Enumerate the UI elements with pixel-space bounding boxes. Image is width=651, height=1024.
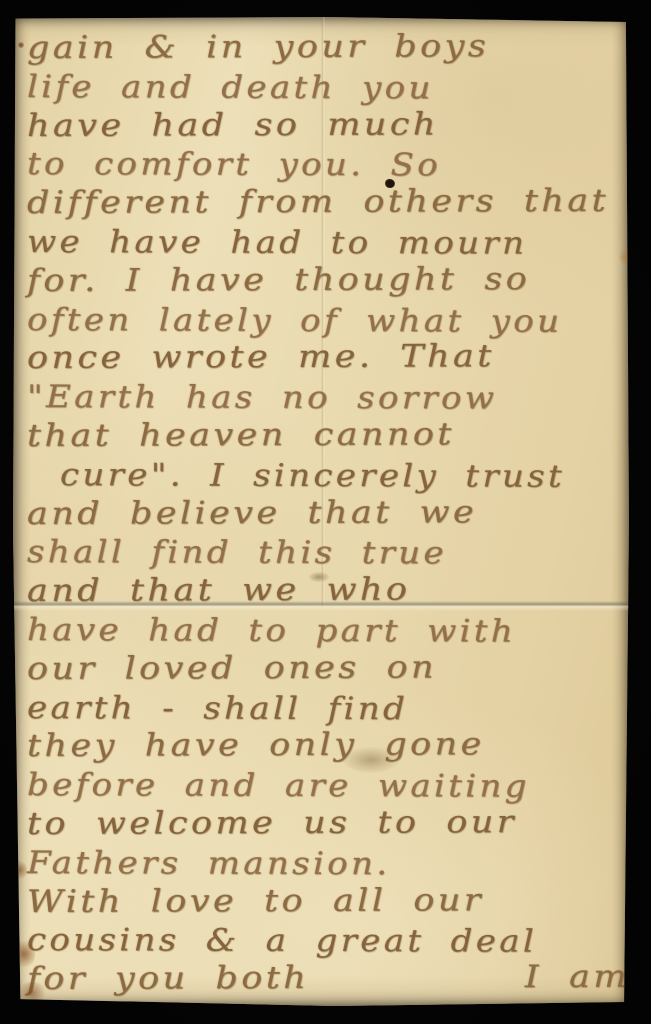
letter-line-quote: that heaven cannot — [27, 414, 651, 455]
letter-line: they have only gone — [27, 725, 651, 766]
letter-line: we have had to mourn — [27, 223, 651, 264]
letter-line: Fathers mansion. — [27, 844, 651, 885]
letter-page: gain & in your boys life and death you h… — [13, 17, 629, 1006]
letter-line-quote-end: cure". I sincerely trust — [27, 456, 651, 497]
letter-line: once wrote me. That — [27, 337, 651, 378]
letter-line: gain & in your boys — [27, 26, 651, 67]
left-edge-stain — [11, 860, 27, 880]
letter-line: life and death you — [27, 68, 651, 109]
letter-line: have had to part with — [27, 611, 651, 652]
letter-line: different from others that — [27, 182, 651, 223]
letter-line: for. I have thought so — [27, 259, 651, 300]
letter-line-closing: cousins & a great deal — [27, 921, 651, 962]
letter-line: and that we who — [27, 570, 651, 611]
letter-line: our loved ones on — [27, 647, 651, 688]
letter-line-quote-start: "Earth has no sorrow — [27, 378, 651, 419]
letter-line: shall find this true — [27, 533, 651, 574]
letter-line: before and are waiting — [27, 766, 651, 807]
letter-line: have had so much — [27, 104, 651, 145]
letter-line: often lately of what you — [27, 301, 651, 342]
letter-line-closing: With love to all our — [27, 880, 651, 921]
letter-line: to welcome us to our — [27, 802, 651, 843]
photo-background: gain & in your boys life and death you h… — [0, 0, 651, 1024]
small-red-stain — [18, 42, 24, 48]
letter-body: gain & in your boys life and death you h… — [27, 29, 627, 999]
letter-line-signoff: for you both I am — [27, 958, 651, 999]
letter-line: to comfort you. So — [27, 145, 651, 186]
letter-line: earth - shall find — [27, 689, 651, 730]
letter-line: and believe that we — [27, 492, 651, 533]
